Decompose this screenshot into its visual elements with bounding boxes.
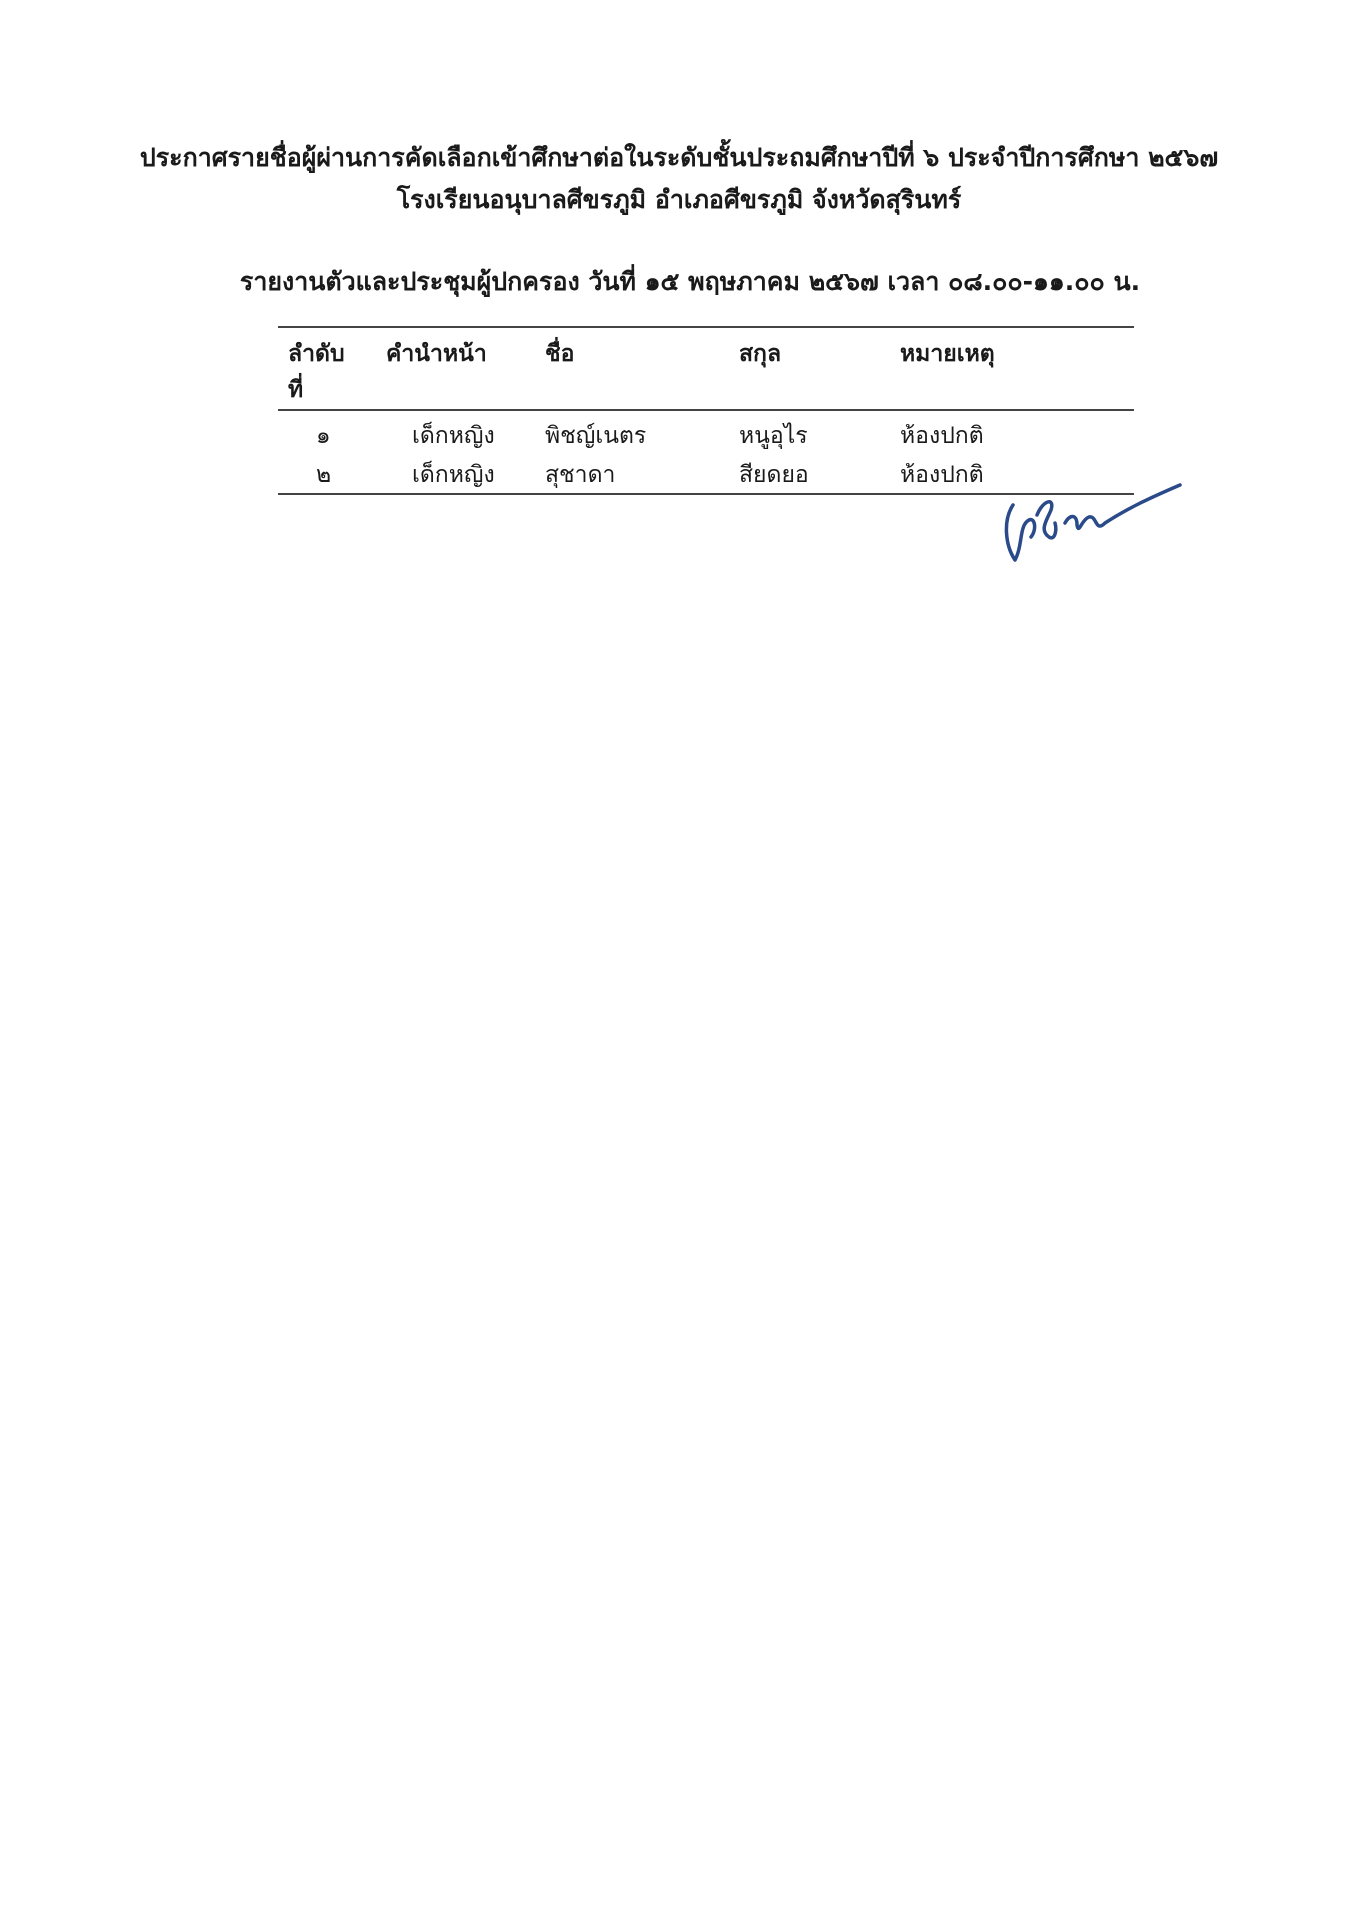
- header-no: ลำดับ: [288, 336, 345, 372]
- row-last-name: หนูอุไร: [739, 418, 808, 454]
- row-first-name: พิชญ์เนตร: [545, 418, 646, 454]
- row-no: ๒: [316, 457, 331, 493]
- row-prefix: เด็กหญิง: [412, 418, 495, 454]
- table-top-rule: [278, 326, 1134, 328]
- row-last-name: สียดยอ: [739, 457, 809, 493]
- signature: [985, 475, 1185, 575]
- report-schedule: รายงานตัวและประชุมผู้ปกครอง วันที่ ๑๕ พฤ…: [160, 262, 1220, 302]
- row-no: ๑: [316, 418, 331, 454]
- row-remark: ห้องปกติ: [900, 457, 984, 493]
- row-remark: ห้องปกติ: [900, 418, 984, 454]
- row-first-name: สุชาดา: [545, 457, 615, 493]
- announcement-title: ประกาศรายชื่อผู้ผ่านการคัดเลือกเข้าศึกษา…: [0, 138, 1358, 178]
- header-rule: [278, 409, 1134, 411]
- row-prefix: เด็กหญิง: [412, 457, 495, 493]
- school-name: โรงเรียนอนุบาลศีขรภูมิ อำเภอศีขรภูมิ จัง…: [0, 180, 1358, 220]
- header-prefix: คำนำหน้า: [386, 336, 487, 372]
- header-remark: หมายเหตุ: [900, 336, 995, 372]
- header-first-name: ชื่อ: [545, 336, 574, 372]
- header-last-name: สกุล: [739, 336, 781, 372]
- header-no-line2: ที่: [288, 372, 303, 408]
